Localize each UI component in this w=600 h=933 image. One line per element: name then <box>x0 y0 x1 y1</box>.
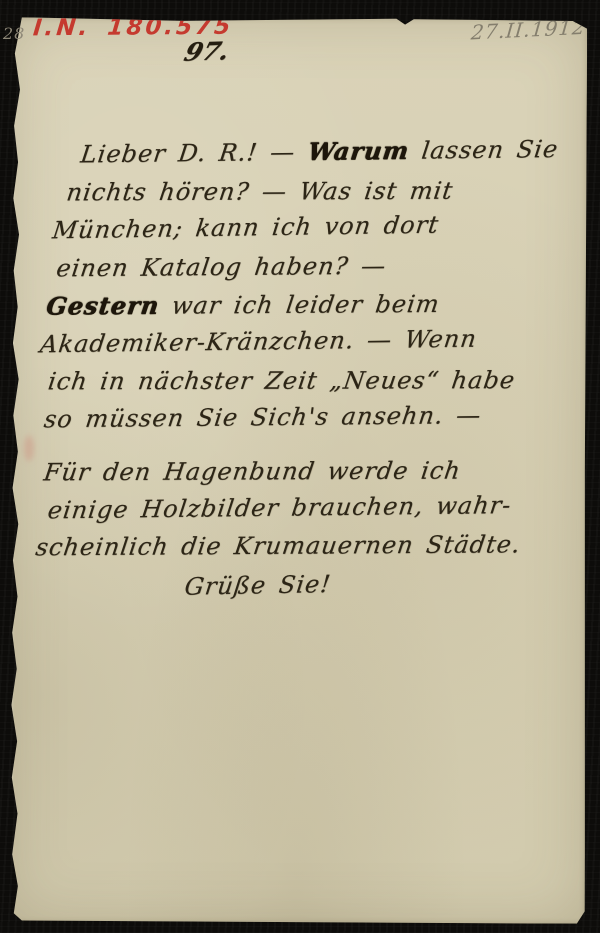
handwriting-line: nichts hören? — Was ist mit <box>65 176 455 208</box>
ink-smudge <box>24 435 34 461</box>
date-annotation: 27.II.1912 <box>470 15 587 45</box>
handwriting-line: einige Holzbilder brauchen, wahr- <box>46 490 513 525</box>
handwriting-line: Grüße Sie! <box>183 569 333 602</box>
handwriting-line: ich in nächster Zeit „Neues“ habe <box>46 365 517 396</box>
margin-number: 28 <box>3 24 25 43</box>
handwriting-line: München; kann ich von dort <box>51 210 441 246</box>
handwriting-line: so müssen Sie Sich's ansehn. — <box>42 400 483 434</box>
scan-background: 28 I.N. 180.575 97. 27.II.1912 Lieber D.… <box>0 0 600 933</box>
handwriting-line: Für den Hagenbund werde ich <box>42 456 463 488</box>
handwriting-line: Lieber D. R.! — Warum lassen Sie <box>79 134 560 169</box>
page-number: 97. <box>181 36 233 66</box>
handwriting-line: einen Katalog haben? — <box>55 251 389 284</box>
handwriting-line: Akademiker-Kränzchen. — Wenn <box>38 324 478 360</box>
letter-page: I.N. 180.575 97. 27.II.1912 Lieber D. R.… <box>7 17 587 924</box>
handwriting-line: Gestern war ich leider beim <box>44 289 441 321</box>
handwriting-line: scheinlich die Krumauernen Städte. <box>34 529 523 562</box>
